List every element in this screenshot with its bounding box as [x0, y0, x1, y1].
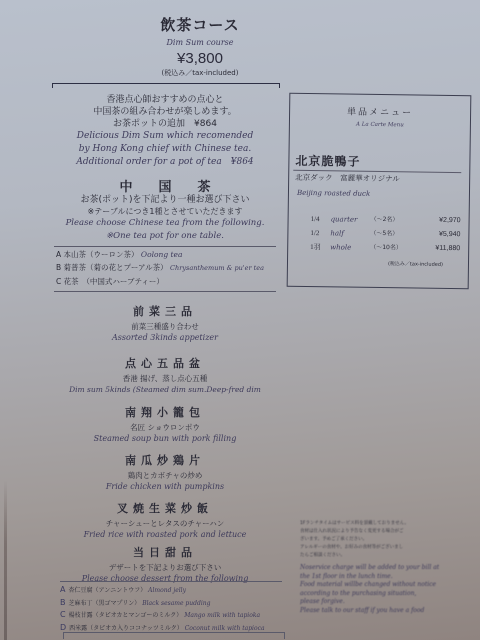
- footnote-en-line: according to the purchasing situation,: [300, 590, 460, 599]
- option-jp: 菊普茶（菊の花とプーアル茶）: [64, 263, 168, 272]
- dish-en: Dim sum 5kinds (Steamed dim sum.Deep-fre…: [52, 385, 278, 394]
- dish-jp: 前菜三種盛り合わせ: [52, 321, 278, 332]
- option-label: C: [56, 277, 61, 286]
- option-en: Almond jelly: [148, 587, 186, 594]
- intro-en-line: Delicious Dim Sum which recomended: [52, 130, 278, 143]
- portion-fraction: 1羽: [310, 240, 330, 254]
- option-jp: 楊枝甘露（タピオカとマンゴーのミルク）: [69, 612, 183, 619]
- intro-jp-line: 香港点心師おすすめの点心と: [52, 94, 278, 106]
- portion-people: （〜2名）: [370, 213, 412, 228]
- alc-dish-name: 北京脆鴨子: [295, 152, 360, 170]
- option-en: Chrysanthemum & pu'er tea: [170, 264, 264, 272]
- divider: [60, 581, 282, 582]
- dish-en: Steamed soup bun with pork filling: [52, 434, 278, 443]
- tea-en-line: ※One tea pot for one table.: [52, 230, 278, 243]
- portion-price: ¥11,880: [412, 241, 460, 256]
- option-jp: 花茶 （中国式ハーブティー）: [64, 277, 164, 286]
- intro-jp-line: お茶ポットの追加 ¥864: [52, 118, 278, 130]
- dish-jp: 香港 揚げ、蒸し点心五種: [52, 373, 278, 384]
- dish-item: 点心五品盆 香港 揚げ、蒸し点心五種 Dim sum 5kinds (Steam…: [52, 355, 278, 394]
- footnote-en-line: Food material willbe changed without not…: [300, 581, 460, 590]
- alc-subtitle: A La Carte Menu: [290, 121, 470, 130]
- section-bracket-bottom: [63, 632, 285, 639]
- portion-people: （〜10名）: [370, 241, 412, 256]
- tea-jp-line: お茶(ポット)を下記より一種お選び下さい: [52, 195, 278, 206]
- intro-en-line: by Hong Kong chief with Chinese tea.: [52, 143, 278, 156]
- option-jp: 本山茶（ウーロン茶）: [64, 250, 139, 259]
- a-la-carte-box: 単品メニュー A La Carte Menu 北京脆鴨子 北京ダック 富麗華オリ…: [287, 93, 472, 290]
- portion-fraction: 1/4: [311, 212, 331, 226]
- portion-size: half: [330, 226, 370, 241]
- footnote-en-line: Please talk to our staff if you have a f…: [300, 607, 460, 616]
- alc-dish-en: Beijing roasted duck: [297, 189, 370, 198]
- tea-option: A 本山茶（ウーロン茶） Oolong tea: [56, 248, 276, 261]
- dessert-option: B芝麻布丁（黒ゴマプリン） Black sesame pudding: [60, 597, 282, 610]
- section-bracket: [52, 83, 280, 88]
- alc-price-list: 1/4 quarter （〜2名） ¥2,970 1/2 half （〜5名） …: [310, 212, 461, 256]
- tea-description: お茶(ポット)を下記より一種お選び下さい ※テーブルにつき1種とさせていただきま…: [52, 195, 278, 243]
- price-row: 1羽 whole （〜10名） ¥11,880: [310, 240, 460, 256]
- dessert-option: A杏仁豆腐（アンニントウフ） Almond jelly: [60, 584, 282, 597]
- course-tax-note: (税込み／tax-included): [100, 68, 300, 78]
- service-footnote: 1Fランチタイムはサービス料を頂戴しておりません。 食材は仕入れ状況により予告な…: [300, 520, 460, 615]
- dish-name: 南瓜炒鶏片: [52, 452, 278, 468]
- dish-name: 点心五品盆: [52, 355, 278, 371]
- option-en: Oolong tea: [141, 250, 183, 259]
- dish-name: 叉焼生菜炒飯: [52, 500, 278, 516]
- option-en: Mango milk with tapioka: [184, 612, 260, 619]
- option-jp: 芝麻布丁（黒ゴマプリン）: [69, 600, 141, 607]
- footnote-jp-line: たらご相談ください。: [300, 552, 460, 560]
- footnote-jp-line: 1Fランチタイムはサービス料を頂戴しておりません。: [300, 520, 460, 528]
- tea-options: A 本山茶（ウーロン茶） Oolong tea B 菊普茶（菊の花とプーアル茶）…: [56, 248, 276, 288]
- dish-en: Fride chicken with pumpkins: [52, 482, 278, 491]
- dish-name: 当日甜品: [52, 544, 278, 560]
- option-label: D: [60, 623, 66, 632]
- option-label: A: [60, 585, 65, 594]
- course-intro: 香港点心師おすすめの点心と 中国茶の組み合わせが楽しめます。 お茶ポットの追加 …: [52, 94, 278, 169]
- option-label: B: [56, 263, 61, 272]
- footnote-jp-line: アレルギーの食材や、お好みの食材等がございまし: [300, 544, 460, 552]
- option-jp: 杏仁豆腐（アンニントウフ）: [68, 587, 146, 594]
- alc-title: 単品メニュー: [290, 104, 470, 120]
- course-subtitle: Dim Sum course: [100, 38, 300, 47]
- option-en: Coconut milk with tapioca: [185, 625, 265, 632]
- alc-tax-note: (税込み／tax-included): [388, 260, 443, 268]
- dessert-option: C楊枝甘露（タピオカとマンゴーのミルク） Mango milk with tap…: [60, 609, 282, 622]
- dessert-options: A杏仁豆腐（アンニントウフ） Almond jelly B芝麻布丁（黒ゴマプリン…: [60, 584, 282, 634]
- alc-dish-jp: 北京ダック 富麗華オリジナル: [295, 172, 400, 184]
- dish-item: 南翔小籠包 名匠 ショウロンポウ Steamed soup bun with p…: [52, 404, 278, 443]
- dish-jp: デザートを下記よりお選び下さい: [52, 562, 278, 573]
- dish-jp: 鶏肉とカボチャの炒め: [52, 470, 278, 481]
- option-label: C: [60, 610, 66, 619]
- portion-size: quarter: [331, 212, 371, 227]
- portion-price: ¥5,940: [412, 227, 460, 242]
- intro-jp-line: 中国茶の組み合わせが楽しめます。: [52, 106, 278, 118]
- divider: [54, 291, 276, 292]
- option-jp: 西米露（タピオカ入りココナッツミルク）: [69, 625, 183, 632]
- dish-name: 南翔小籠包: [52, 404, 278, 420]
- dish-item: 前菜三品 前菜三種盛り合わせ Assorted 3kinds appetizer: [52, 303, 278, 342]
- course-title: 飲茶コース: [100, 14, 300, 35]
- dish-en: Assorted 3kinds appetizer: [52, 333, 278, 342]
- portion-size: whole: [330, 240, 370, 255]
- option-label: A: [56, 250, 61, 259]
- portion-fraction: 1/2: [310, 226, 330, 240]
- tea-section-title: 中国茶: [52, 176, 278, 195]
- divider: [54, 246, 276, 247]
- portion-people: （〜5名）: [370, 227, 412, 242]
- dish-name: 前菜三品: [52, 303, 278, 319]
- menu-page: 飲茶コース Dim Sum course ¥3,800 (税込み／tax-inc…: [0, 0, 480, 640]
- dish-item: 当日甜品 デザートを下記よりお選び下さい Please choose desse…: [52, 544, 278, 583]
- footnote-jp-line: 食材は仕入れ状況により予告なく変更する場合がご: [300, 528, 460, 536]
- footnote-en-line: the 1st floor in the lunch time.: [300, 573, 460, 582]
- footnote-en-line: please forgive.: [300, 598, 460, 607]
- dish-item: 南瓜炒鶏片 鶏肉とカボチャの炒め Fride chicken with pump…: [52, 452, 278, 491]
- tea-option: B 菊普茶（菊の花とプーアル茶） Chrysanthemum & pu'er t…: [56, 261, 276, 275]
- footnote-jp-line: ざいます。予めご了承ください。: [300, 536, 460, 544]
- option-en: Black sesame pudding: [142, 600, 210, 607]
- dish-item: 叉焼生菜炒飯 チャーシューとレタスのチャーハン Fried rice with …: [52, 500, 278, 539]
- intro-en-line: Additional order for a pot of tea ¥864: [52, 156, 278, 169]
- portion-price: ¥2,970: [412, 213, 460, 228]
- option-label: B: [60, 598, 66, 607]
- dish-jp: 名匠 ショウロンポウ: [52, 422, 278, 433]
- tea-en-line: Please choose Chinese tea from the follo…: [52, 217, 278, 230]
- dish-en: Fried rice with roasted pork and lettuce: [52, 530, 278, 539]
- tea-option: C 花茶 （中国式ハーブティー）: [56, 275, 276, 288]
- menu-cover-edge: [4, 480, 7, 640]
- course-price: ¥3,800: [100, 50, 300, 67]
- dish-jp: チャーシューとレタスのチャーハン: [52, 518, 278, 529]
- tea-jp-line: ※テーブルにつき1種とさせていただきます: [52, 206, 278, 217]
- footnote-en-line: Noservice charge will be added to your b…: [300, 564, 460, 573]
